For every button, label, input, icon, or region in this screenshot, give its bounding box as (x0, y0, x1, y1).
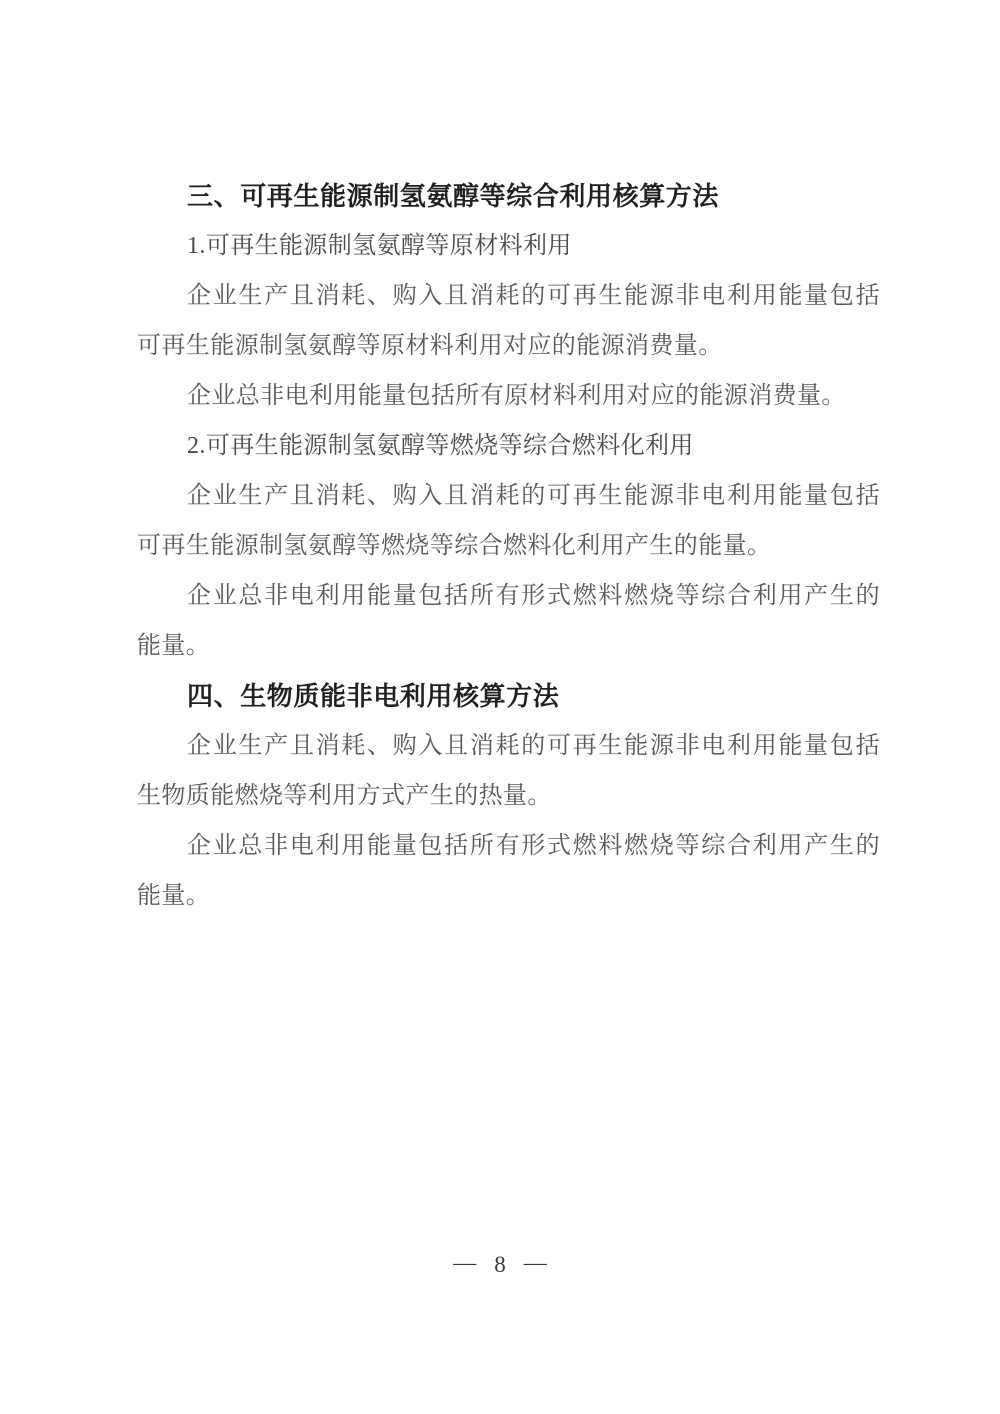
paragraph-line: 企业总非电利用能量包括所有形式燃料燃烧等综合利用产生的 (137, 571, 880, 621)
section-heading: 三、可再生能源制氢氨醇等综合利用核算方法 (137, 171, 880, 221)
subheading-line: 2.可再生能源制氢氨醇等燃烧等综合燃料化利用 (137, 421, 880, 471)
page-number: 8 (494, 1252, 506, 1278)
paragraph-line: 企业生产且消耗、购入且消耗的可再生能源非电利用能量包括 (137, 271, 880, 321)
paragraph-line: 企业生产且消耗、购入且消耗的可再生能源非电利用能量包括 (137, 721, 880, 771)
document-page: 三、可再生能源制氢氨醇等综合利用核算方法1.可再生能源制氢氨醇等原材料利用企业生… (0, 0, 1000, 1414)
paragraph-line: 能量。 (137, 621, 880, 671)
footer-dash-right: — (524, 1250, 547, 1275)
page-footer: —8— (0, 1252, 1000, 1278)
paragraph-line: 能量。 (137, 871, 880, 921)
paragraph-line: 可再生能源制氢氨醇等原材料利用对应的能源消费量。 (137, 321, 880, 371)
paragraph-line: 企业总非电利用能量包括所有原材料利用对应的能源消费量。 (137, 371, 880, 421)
document-body: 三、可再生能源制氢氨醇等综合利用核算方法1.可再生能源制氢氨醇等原材料利用企业生… (137, 171, 880, 921)
paragraph-line: 生物质能燃烧等利用方式产生的热量。 (137, 771, 880, 821)
section-heading: 四、生物质能非电利用核算方法 (137, 671, 880, 721)
footer-dash-left: — (453, 1250, 476, 1275)
paragraph-line: 企业总非电利用能量包括所有形式燃料燃烧等综合利用产生的 (137, 821, 880, 871)
subheading-line: 1.可再生能源制氢氨醇等原材料利用 (137, 221, 880, 271)
paragraph-line: 可再生能源制氢氨醇等燃烧等综合燃料化利用产生的能量。 (137, 521, 880, 571)
paragraph-line: 企业生产且消耗、购入且消耗的可再生能源非电利用能量包括 (137, 471, 880, 521)
